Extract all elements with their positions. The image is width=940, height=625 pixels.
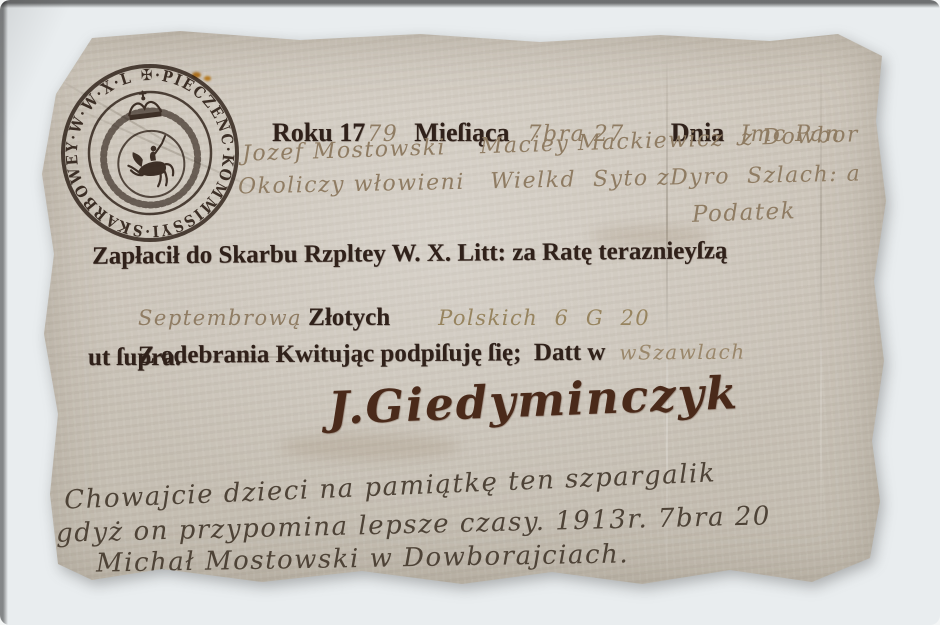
place-handwritten: wSzawlach (619, 340, 745, 365)
ink-bleedthrough (280, 434, 460, 460)
receipt-printed-line: Z odebrania Kwitując podpiſuję ſię; Datt… (138, 339, 606, 369)
knight-on-horse-icon (125, 136, 174, 190)
seal-ring-text-holder: ✠·PIECZENC·KOMMISSYI·SKARBOWEY·W·W·X·L (52, 55, 249, 252)
paid-printed-line: Zapłacił do Skarbu Rzpltey W. X. Litt: z… (92, 237, 728, 271)
seal-outer-ring (53, 56, 247, 250)
paper-shadow: ✠·PIECZENC·KOMMISSYI·SKARBOWEY·W·W·X·L (0, 0, 940, 625)
podatek-handwritten: Podatek (692, 198, 797, 228)
ut-supra-printed: ut ſupra. (88, 344, 181, 372)
paper-sheet: ✠·PIECZENC·KOMMISSYI·SKARBOWEY·W·W·X·L (30, 26, 894, 598)
scanned-receipt: ✠·PIECZENC·KOMMISSYI·SKARBOWEY·W·W·X·L (0, 0, 940, 625)
seal-ring-text: ✠·PIECZENC·KOMMISSYI·SKARBOWEY·W·W·X·L (52, 55, 249, 252)
